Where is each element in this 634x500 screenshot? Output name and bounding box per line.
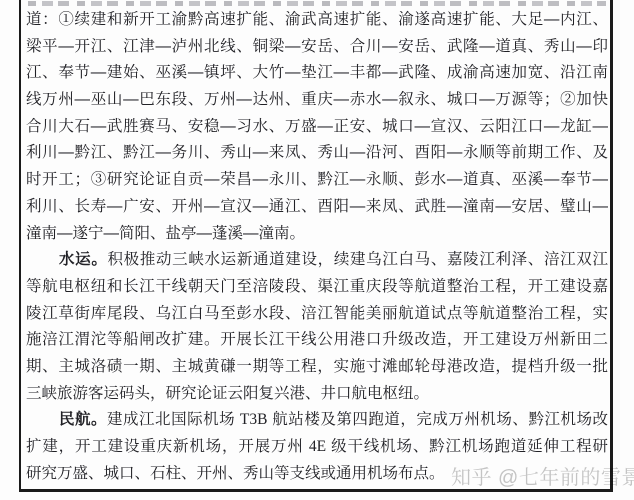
doc-line: 扩建，开工建设重庆新机场，开展万州 4E 级干线机场、黔江机场跑道延伸工程研究， — [26, 434, 608, 461]
doc-line: 三峡旅游客运码头，研究论证云阳复兴港、井口航电枢纽。 — [26, 381, 608, 408]
doc-line: 施涪江渭沱等船闸改扩建。开展长江干线公用港口升级改造，开工建设万州新田二 — [26, 327, 608, 354]
zhihu-watermark: 知乎 @七年前的雪景 — [451, 461, 634, 490]
doc-line: 潼南—遂宁—简阳、盐亭—蓬溪—潼南。 — [26, 221, 608, 248]
doc-line: 利川、长寿—广安、开州—宣汉—通江、酉阳—来凤、武胜—潼南—安居、璧山— — [26, 194, 608, 221]
doc-line: 时开工；③研究论证自贡—荣昌—永川、黔江—永顺、彭水—道真、巫溪—奉节— — [26, 167, 608, 194]
doc-line-civil-aviation-lead: 民航。建成江北国际机场 T3B 航站楼及第四跑道，完成万州机场、黔江机场改 — [26, 407, 608, 434]
doc-line: 江、奉节—建始、巫溪—镇坪、大竹—垫江—丰都—武隆、成渝高速加宽、沿江南 — [26, 60, 608, 87]
doc-line: 梁平—开江、江津—泸州北线、铜梁—安岳、合川—安岳、武隆—道真、秀山—印 — [26, 34, 608, 61]
doc-line: 利川—黔江、黔江—务川、秀山—来凤、秀山—沿河、酉阳—永顺等前期工作、及 — [26, 140, 608, 167]
doc-line: 期、主城洛碛一期、主城黄磏一期等工程，实施寸滩邮轮母港改造，提档升级一批 — [26, 354, 608, 381]
doc-line: 等航电枢纽和长江干线朝天门至涪陵段、渠江重庆段等航道整治工程，开工建设嘉 — [26, 274, 608, 301]
doc-line: 线万州—巫山—巴东段、万州—达州、重庆—赤水—叙永、城口—万源等；②加快 — [26, 87, 608, 114]
document-text: 道：①续建和新开工渝黔高速扩能、渝武高速扩能、渝遂高速扩能、大足—内江、 梁平—… — [26, 7, 608, 487]
table-cell: 道：①续建和新开工渝黔高速扩能、渝武高速扩能、渝遂高速扩能、大足—内江、 梁平—… — [19, 0, 613, 492]
cropped-previous-line — [28, 1, 606, 6]
doc-line-water-transport-lead: 水运。积极推动三峡水运新通道建设，续建乌江白马、嘉陵江利泽、涪江双江 — [26, 247, 608, 274]
doc-line: 合川大石—武胜赛马、安稳—习水、万盛—正安、城口—宣汉、云阳江口—龙缸— — [26, 114, 608, 141]
doc-line: 道：①续建和新开工渝黔高速扩能、渝武高速扩能、渝遂高速扩能、大足—内江、 — [26, 7, 608, 34]
doc-line: 陵江草街库尾段、乌江白马至彭水段、涪江智能美丽航道试点等航道整治工程，实 — [26, 301, 608, 328]
document-page: 道：①续建和新开工渝黔高速扩能、渝武高速扩能、渝遂高速扩能、大足—内江、 梁平—… — [0, 0, 634, 500]
